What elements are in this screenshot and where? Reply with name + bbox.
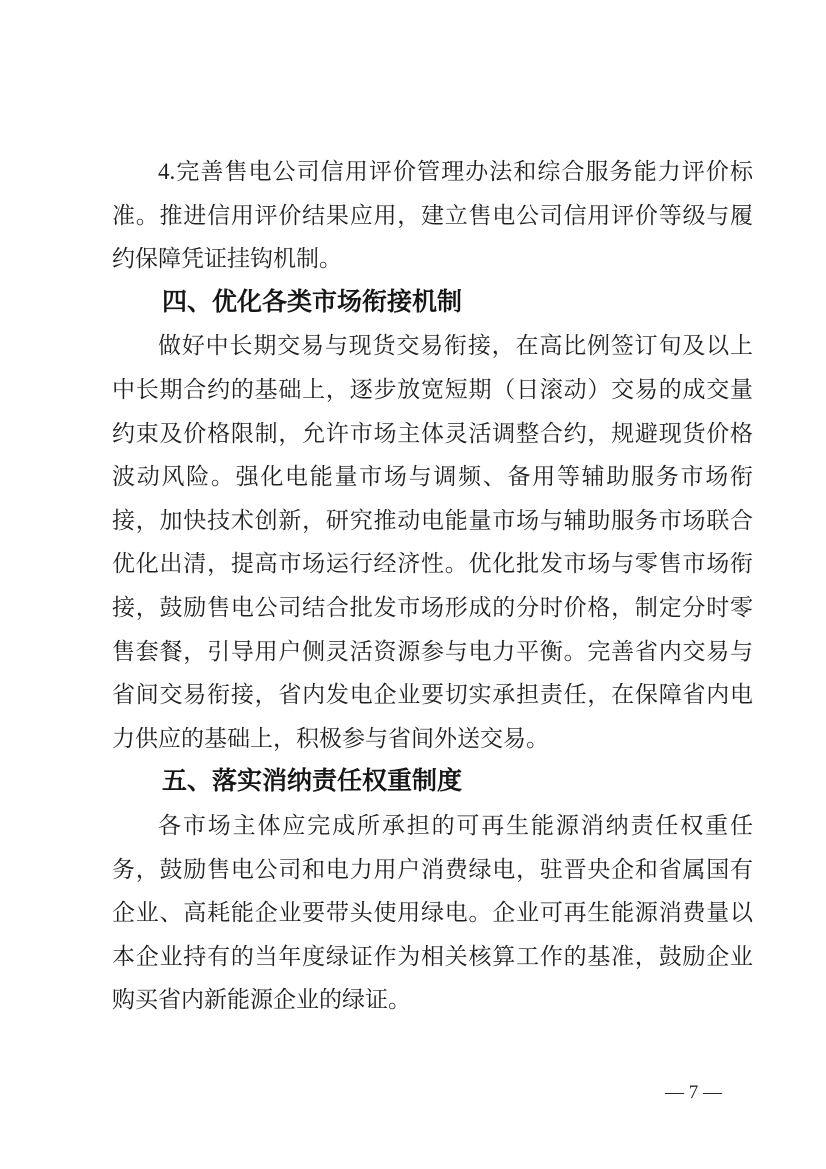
document-page: 4.完善售电公司信用评价管理办法和综合服务能力评价标准。推进信用评价结果应用，建… bbox=[0, 0, 826, 1169]
section-heading-5-consumption-responsibility: 五、落实消纳责任权重制度 bbox=[112, 760, 753, 804]
paragraph-credit-evaluation: 4.完善售电公司信用评价管理办法和综合服务能力评价标准。推进信用评价结果应用，建… bbox=[112, 150, 753, 281]
paragraph-consumption-responsibility-detail: 各市场主体应完成所承担的可再生能源消纳责任权重任务，鼓励售电公司和电力用户消费绿… bbox=[112, 804, 753, 1022]
document-body: 4.完善售电公司信用评价管理办法和综合服务能力评价标准。推进信用评价结果应用，建… bbox=[112, 150, 753, 1022]
paragraph-market-linkage-detail: 做好中长期交易与现货交易衔接，在高比例签订旬及以上中长期合约的基础上，逐步放宽短… bbox=[112, 324, 753, 760]
section-heading-4-market-linkage: 四、优化各类市场衔接机制 bbox=[112, 281, 753, 325]
page-number: — 7 — bbox=[665, 1082, 722, 1103]
page-footer: — 7 — bbox=[646, 1054, 756, 1132]
